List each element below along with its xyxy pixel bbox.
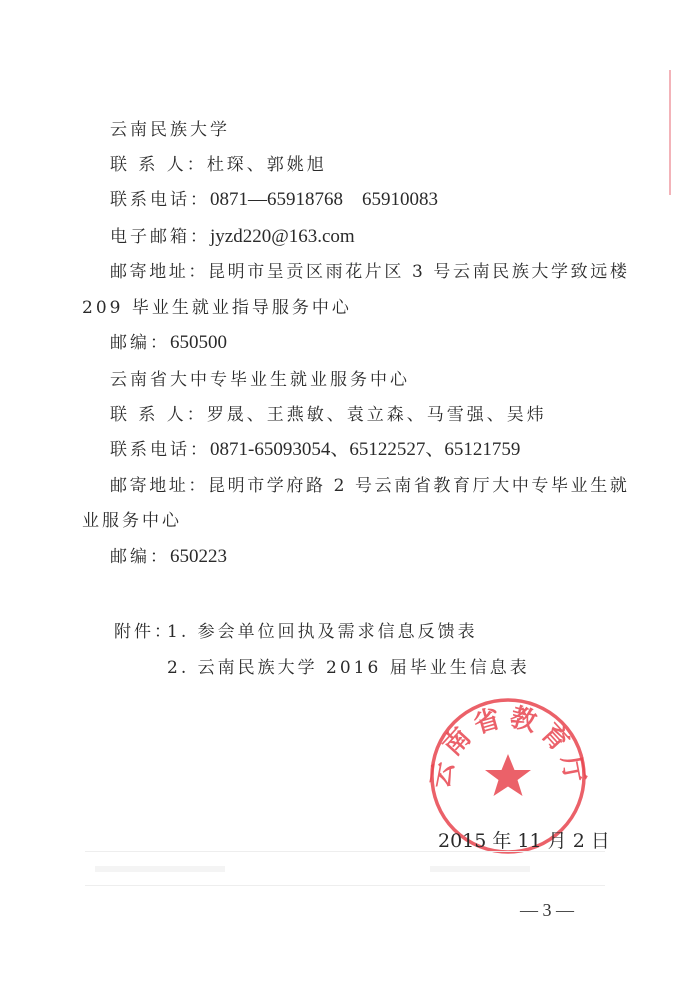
org2-phone: 联系电话：0871-65093054、65122527、65121759 xyxy=(110,439,520,461)
org2-contacts: 联 系 人：罗晟、王燕敏、袁立森、马雪强、吴炜 xyxy=(110,404,547,426)
star-icon xyxy=(485,754,531,796)
org2-name: 云南省大中专毕业生就业服务中心 xyxy=(110,369,410,391)
address-value: 昆明市呈贡区雨花片区 3 号云南民族大学致远楼 xyxy=(208,262,629,282)
document-date: 2015 年 11 月 2 日 xyxy=(438,826,610,853)
org1-email: 电子邮箱：jyzd220@163.com xyxy=(110,226,355,248)
bleed-through-text xyxy=(95,866,225,872)
bleed-through-line xyxy=(85,885,605,886)
postcode-value: 650500 xyxy=(170,332,227,353)
contact-names: 罗晟、王燕敏、袁立森、马雪强、吴炜 xyxy=(207,405,547,425)
org2-address-line2: 业服务中心 xyxy=(82,510,182,532)
org1-address-line1: 邮寄地址：昆明市呈贡区雨花片区 3 号云南民族大学致远楼 xyxy=(110,261,629,283)
address-value: 昆明市学府路 2 号云南省教育厅大中专毕业生就 xyxy=(208,476,629,496)
attachments-label: 附件： xyxy=(114,621,174,643)
attachment-item-1: 1. 参会单位回执及需求信息反馈表 xyxy=(167,621,478,643)
org1-name: 云南民族大学 xyxy=(110,119,230,141)
edge-mark xyxy=(669,70,671,195)
bleed-through-line xyxy=(85,851,605,852)
org2-postcode: 邮编：650223 xyxy=(110,546,227,568)
contact-label: 联 系 人： xyxy=(110,405,207,425)
phone-value: 0871—65918768 65910083 xyxy=(210,189,438,210)
email-label: 电子邮箱： xyxy=(110,227,210,247)
postcode-label: 邮编： xyxy=(110,333,170,353)
org1-address-line2: 209 毕业生就业指导服务中心 xyxy=(82,297,352,319)
postcode-value: 650223 xyxy=(170,546,227,567)
postcode-label: 邮编： xyxy=(110,547,170,567)
address-label: 邮寄地址： xyxy=(110,262,208,282)
org1-contacts: 联 系 人：杜琛、郭姚旭 xyxy=(110,154,327,176)
contact-label: 联 系 人： xyxy=(110,155,207,175)
email-value: jyzd220@163.com xyxy=(210,226,355,247)
org2-address-line1: 邮寄地址：昆明市学府路 2 号云南省教育厅大中专毕业生就 xyxy=(110,475,629,497)
page-number: — 3 — xyxy=(520,900,574,921)
org1-postcode: 邮编：650500 xyxy=(110,332,227,354)
phone-label: 联系电话： xyxy=(110,190,210,210)
address-label: 邮寄地址： xyxy=(110,476,208,496)
bleed-through-text xyxy=(430,866,530,872)
phone-value: 0871-65093054、65122527、65121759 xyxy=(210,439,520,460)
phone-label: 联系电话： xyxy=(110,440,210,460)
attachment-item-2: 2. 云南民族大学 2016 届毕业生信息表 xyxy=(167,657,530,679)
org1-phone: 联系电话：0871—65918768 65910083 xyxy=(110,189,438,211)
contact-names: 杜琛、郭姚旭 xyxy=(207,155,327,175)
